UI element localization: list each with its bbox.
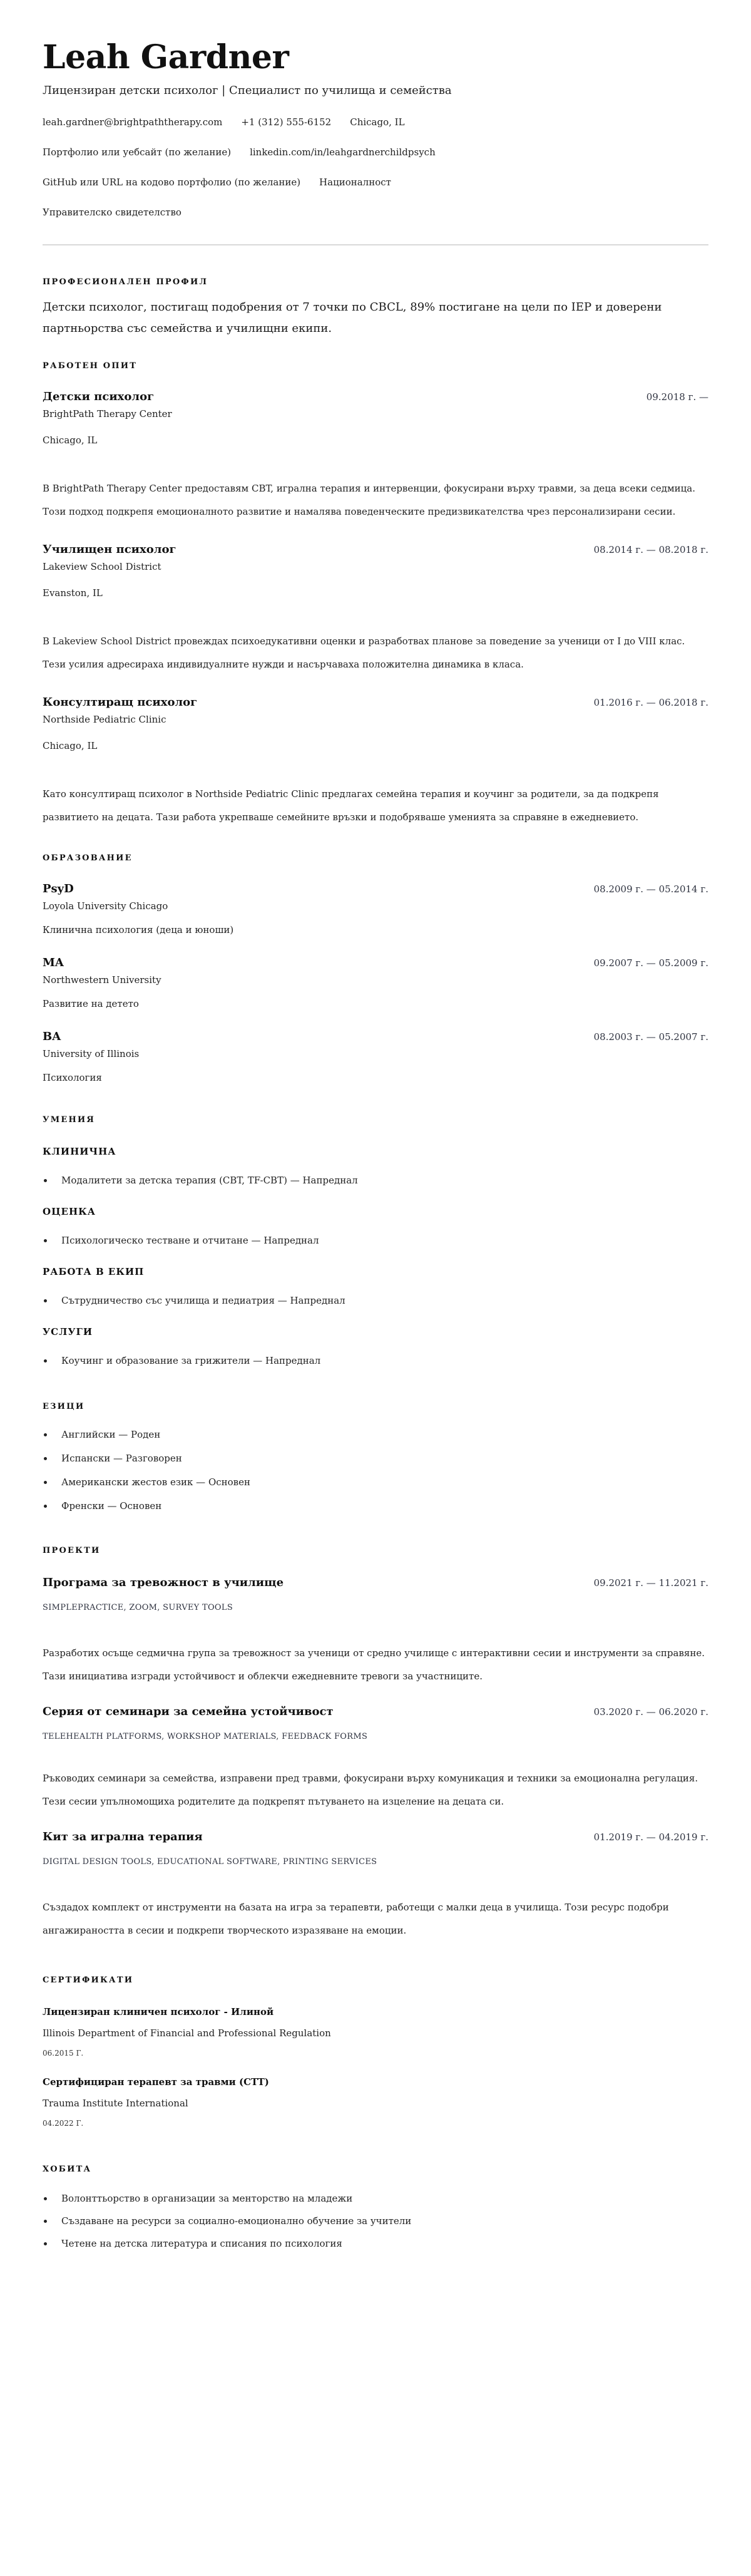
- skill-group-title: УСЛУГИ: [43, 1325, 708, 1339]
- skill-item: Коучинг и образование за грижители — Нап…: [43, 1354, 708, 1368]
- skill-group: УСЛУГИ Коучинг и образование за грижител…: [43, 1325, 708, 1368]
- language-item: Английски — Роден: [43, 1428, 708, 1441]
- job-title: Училищен психолог: [43, 542, 176, 557]
- job-location: Evanston, IL: [43, 586, 708, 600]
- section-title: ОБРАЗОВАНИЕ: [43, 853, 708, 864]
- education-entry: MA 09.2007 г. — 05.2009 г. Northwestern …: [43, 956, 708, 1011]
- language-item: Испански — Разговорен: [43, 1451, 708, 1465]
- job-entry: Консултиращ психолог 01.2016 г. — 06.201…: [43, 695, 708, 829]
- project-tools: SIMPLEPRACTICE, ZOOM, SURVEY TOOLS: [43, 1602, 708, 1614]
- job-description: В Lakeview School District провеждах пси…: [43, 630, 708, 676]
- hobby-item: Четене на детска литература и списания п…: [43, 2237, 708, 2250]
- certificate-entry: Лицензиран клиничен психолог - Илиной Il…: [43, 2005, 708, 2059]
- drivers-license: Управителско свидетелство: [43, 205, 181, 219]
- languages-section: ЕЗИЦИ Английски — Роден Испански — Разго…: [43, 1401, 708, 1513]
- section-title: СЕРТИФИКАТИ: [43, 1975, 708, 1986]
- location: Chicago, IL: [350, 115, 404, 129]
- hobby-item: Създаване на ресурси за социално-емоцион…: [43, 2214, 708, 2228]
- section-title: ПРОФЕСИОНАЛЕН ПРОФИЛ: [43, 277, 708, 288]
- job-dates: 09.2018 г. —: [646, 390, 708, 404]
- education-section: ОБРАЗОВАНИЕ PsyD 08.2009 г. — 05.2014 г.…: [43, 853, 708, 1084]
- language-item: Американски жестов език — Основен: [43, 1475, 708, 1489]
- job-description: В BrightPath Therapy Center предоставям …: [43, 477, 708, 523]
- field-of-study: Психология: [43, 1071, 708, 1084]
- section-title: ХОБИТА: [43, 2164, 708, 2175]
- job-title: Консултиращ психолог: [43, 695, 197, 710]
- job-description: Като консултиращ психолог в Northside Pe…: [43, 783, 708, 829]
- degree: BA: [43, 1029, 61, 1044]
- project-entry: Серия от семинари за семейна устойчивост…: [43, 1704, 708, 1813]
- job-organization: Lakeview School District: [43, 560, 708, 574]
- degree: PsyD: [43, 882, 74, 897]
- section-title: РАБОТЕН ОПИТ: [43, 361, 708, 372]
- skill-item: Модалитети за детска терапия (CBT, TF-CB…: [43, 1173, 708, 1187]
- certificate-date: 06.2015 Г.: [43, 2048, 708, 2059]
- contact-row: leah.gardner@brightpaththerapy.com +1 (3…: [43, 115, 708, 129]
- phone[interactable]: +1 (312) 555-6152: [241, 115, 331, 129]
- project-title: Серия от семинари за семейна устойчивост: [43, 1704, 334, 1719]
- certificate-title: Лицензиран клиничен психолог - Илиной: [43, 2005, 708, 2019]
- certificate-issuer: Trauma Institute International: [43, 2096, 708, 2110]
- project-description: Създадох комплект от инструменти на база…: [43, 1896, 708, 1942]
- job-location: Chicago, IL: [43, 739, 708, 753]
- header-divider: [43, 244, 708, 245]
- education-dates: 08.2003 г. — 05.2007 г.: [594, 1030, 708, 1044]
- field-of-study: Клинична психология (деца и юноши): [43, 923, 708, 937]
- resume-page: Leah Gardner Лицензиран детски психолог …: [0, 0, 751, 2288]
- project-dates: 01.2019 г. — 04.2019 г.: [594, 1830, 708, 1844]
- skill-group: КЛИНИЧНА Модалитети за детска терапия (C…: [43, 1145, 708, 1187]
- job-organization: Northside Pediatric Clinic: [43, 713, 708, 726]
- section-title: ЕЗИЦИ: [43, 1401, 708, 1413]
- job-entry: Училищен психолог 08.2014 г. — 08.2018 г…: [43, 542, 708, 676]
- certificate-title: Сертифициран терапевт за травми (CTT): [43, 2075, 708, 2089]
- skill-group-title: ОЦЕНКА: [43, 1205, 708, 1218]
- section-title: УМЕНИЯ: [43, 1115, 708, 1126]
- projects-section: ПРОЕКТИ Програма за тревожност в училище…: [43, 1545, 708, 1942]
- school: Loyola University Chicago: [43, 899, 708, 913]
- certificate-date: 04.2022 Г.: [43, 2118, 708, 2129]
- project-entry: Кит за игрална терапия 01.2019 г. — 04.2…: [43, 1830, 708, 1942]
- contact-row: Управителско свидетелство: [43, 205, 708, 219]
- hobby-item: Волонттьорство в организации за менторст…: [43, 2192, 708, 2205]
- contact-row: Портфолио или уебсайт (по желание) linke…: [43, 145, 708, 159]
- experience-section: РАБОТЕН ОПИТ Детски психолог 09.2018 г. …: [43, 361, 708, 829]
- certificate-entry: Сертифициран терапевт за травми (CTT) Tr…: [43, 2075, 708, 2129]
- skill-item: Психологическо тестване и отчитане — Нап…: [43, 1234, 708, 1247]
- skill-group-title: РАБОТА В ЕКИП: [43, 1265, 708, 1279]
- education-dates: 08.2009 г. — 05.2014 г.: [594, 882, 708, 896]
- project-tools: DIGITAL DESIGN TOOLS, EDUCATIONAL SOFTWA…: [43, 1856, 708, 1868]
- job-dates: 08.2014 г. — 08.2018 г.: [594, 543, 708, 557]
- school: Northwestern University: [43, 973, 708, 987]
- skills-section: УМЕНИЯ КЛИНИЧНА Модалитети за детска тер…: [43, 1115, 708, 1368]
- nationality: Националност: [319, 175, 391, 189]
- project-description: Ръководих семинари за семейства, изправе…: [43, 1767, 708, 1813]
- project-entry: Програма за тревожност в училище 09.2021…: [43, 1575, 708, 1688]
- job-title: Детски психолог: [43, 389, 154, 404]
- github-link[interactable]: GitHub или URL на кодово портфолио (по ж…: [43, 175, 300, 189]
- skill-group: ОЦЕНКА Психологическо тестване и отчитан…: [43, 1205, 708, 1247]
- skill-group-title: КЛИНИЧНА: [43, 1145, 708, 1158]
- headline: Лицензиран детски психолог | Специалист …: [43, 83, 708, 99]
- certificate-issuer: Illinois Department of Financial and Pro…: [43, 2026, 708, 2040]
- linkedin-link[interactable]: linkedin.com/in/leahgardnerchildpsych: [250, 145, 436, 159]
- resume-header: Leah Gardner Лицензиран детски психолог …: [43, 35, 708, 245]
- skill-group: РАБОТА В ЕКИП Сътрудничество със училища…: [43, 1265, 708, 1307]
- project-tools: TELEHEALTH PLATFORMS, WORKSHOP MATERIALS…: [43, 1731, 708, 1743]
- candidate-name: Leah Gardner: [43, 35, 708, 80]
- contact-row: GitHub или URL на кодово портфолио (по ж…: [43, 175, 708, 189]
- project-description: Разработих осъще седмична група за трево…: [43, 1642, 708, 1688]
- education-dates: 09.2007 г. — 05.2009 г.: [594, 956, 708, 970]
- job-location: Chicago, IL: [43, 433, 708, 447]
- hobbies-section: ХОБИТА Волонттьорство в организации за м…: [43, 2164, 708, 2250]
- job-organization: BrightPath Therapy Center: [43, 407, 708, 421]
- job-entry: Детски психолог 09.2018 г. — BrightPath …: [43, 389, 708, 523]
- portfolio-link[interactable]: Портфолио или уебсайт (по желание): [43, 145, 231, 159]
- degree: MA: [43, 956, 64, 971]
- skill-item: Сътрудничество със училища и педиатрия —…: [43, 1294, 708, 1307]
- profile-summary: Детски психолог, постигащ подобрения от …: [43, 297, 708, 339]
- project-dates: 03.2020 г. — 06.2020 г.: [594, 1705, 708, 1719]
- job-dates: 01.2016 г. — 06.2018 г.: [594, 696, 708, 709]
- project-title: Програма за тревожност в училище: [43, 1575, 284, 1590]
- certificates-section: СЕРТИФИКАТИ Лицензиран клиничен психолог…: [43, 1975, 708, 2129]
- education-entry: BA 08.2003 г. — 05.2007 г. University of…: [43, 1029, 708, 1084]
- email[interactable]: leah.gardner@brightpaththerapy.com: [43, 115, 222, 129]
- project-dates: 09.2021 г. — 11.2021 г.: [594, 1576, 708, 1590]
- education-entry: PsyD 08.2009 г. — 05.2014 г. Loyola Univ…: [43, 882, 708, 937]
- profile-section: ПРОФЕСИОНАЛЕН ПРОФИЛ Детски психолог, по…: [43, 277, 708, 339]
- section-title: ПРОЕКТИ: [43, 1545, 708, 1557]
- field-of-study: Развитие на детето: [43, 997, 708, 1011]
- language-item: Френски — Основен: [43, 1499, 708, 1513]
- project-title: Кит за игрална терапия: [43, 1830, 203, 1845]
- school: University of Illinois: [43, 1047, 708, 1061]
